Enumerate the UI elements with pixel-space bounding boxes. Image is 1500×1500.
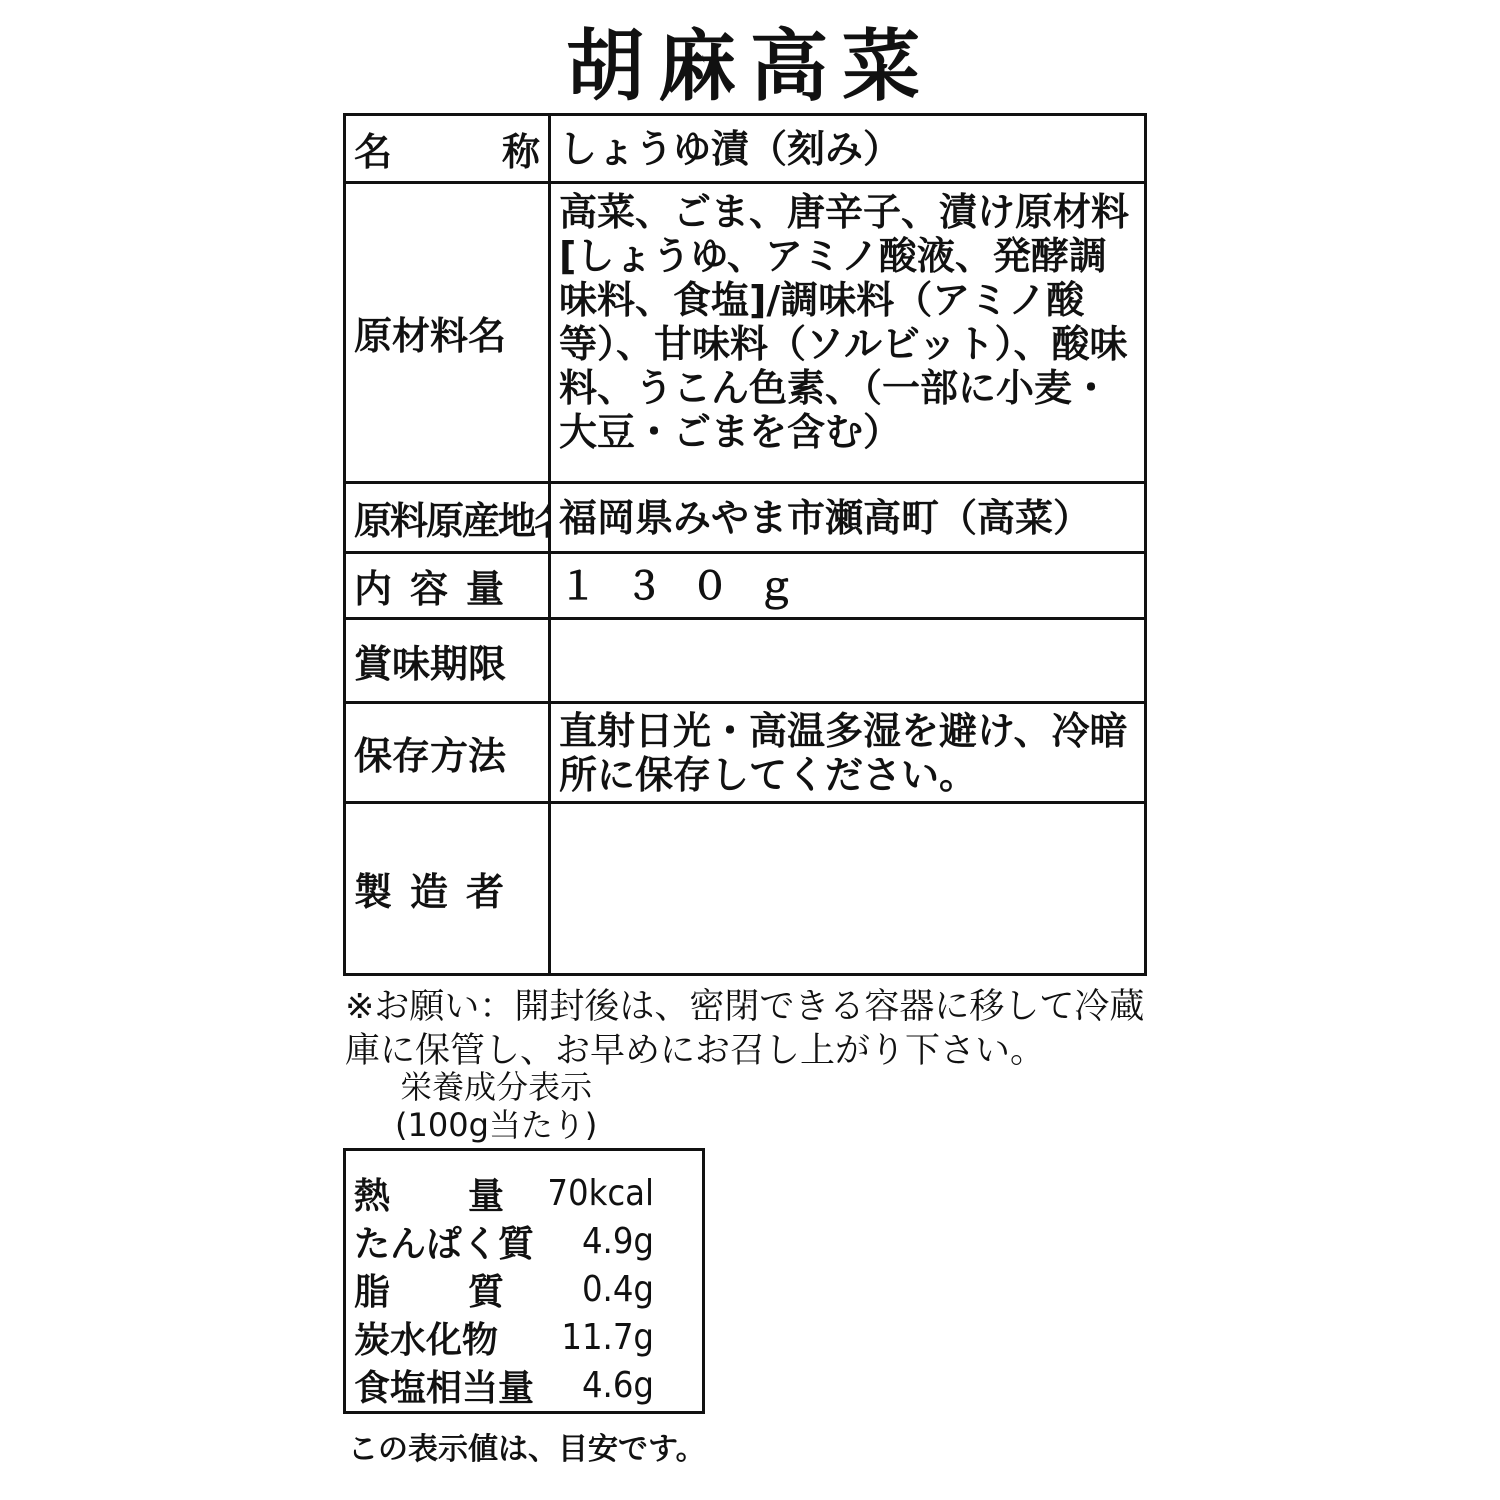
label-value: 直射日光・高温多湿を避け、冷暗所に保存してください。 (550, 703, 1146, 803)
nutrition-table: 熱量 70kcal たんぱく質 4.9g 脂質 0.4g 炭水化物 11.7g … (343, 1148, 705, 1414)
nutrition-caption: 栄養成分表示 (100g当たり) (395, 1068, 597, 1144)
nutrition-value: 0.4g (534, 1269, 694, 1310)
nutrition-footnote: この表示値は、目安です。 (348, 1424, 706, 1468)
nutrition-row-energy: 熱量 70kcal (354, 1169, 694, 1217)
label-key: 原料原産地名 (345, 483, 550, 553)
storage-request-note: ※お願い：開封後は、密閉できる容器に移して冷蔵庫に保管し、お早めにお召し上がり下… (345, 985, 1165, 1073)
nutrition-row-carbohydrate: 炭水化物 11.7g (354, 1313, 694, 1361)
label-row-best-before: 賞味期限 (345, 619, 1146, 703)
label-key: 製造者 (345, 803, 550, 975)
label-key: 原材料名 (345, 183, 550, 483)
label-row-ingredients: 原材料名 高菜、ごま、唐辛子、漬け原材料[しょうゆ、アミノ酸液、発酵調味料、食塩… (345, 183, 1146, 483)
label-key: 保存方法 (345, 703, 550, 803)
nutrition-value: 4.6g (534, 1365, 694, 1406)
label-key: 名称 (345, 115, 550, 183)
nutrition-row-protein: たんぱく質 4.9g (354, 1217, 694, 1265)
label-row-storage: 保存方法 直射日光・高温多湿を避け、冷暗所に保存してください。 (345, 703, 1146, 803)
label-value: 福岡県みやま市瀬高町（高菜） (550, 483, 1146, 553)
nutrition-caption-title: 栄養成分表示 (395, 1068, 597, 1106)
label-row-manufacturer: 製造者 (345, 803, 1146, 975)
nutrition-caption-basis: (100g当たり) (395, 1106, 597, 1144)
label-value: １３０ｇ (550, 553, 1146, 619)
food-label-table: 名称 しょうゆ漬（刻み） 原材料名 高菜、ごま、唐辛子、漬け原材料[しょうゆ、ア… (343, 113, 1147, 976)
nutrition-key: 食塩相当量 (354, 1360, 534, 1411)
product-title: 胡麻高菜 (0, 22, 1500, 112)
label-key: 内容量 (345, 553, 550, 619)
label-row-net-weight: 内容量 １３０ｇ (345, 553, 1146, 619)
nutrition-value: 70kcal (534, 1173, 694, 1214)
label-value (550, 619, 1146, 703)
label-key: 賞味期限 (345, 619, 550, 703)
nutrition-key: 脂質 (354, 1264, 504, 1315)
nutrition-value: 4.9g (534, 1221, 694, 1262)
label-row-origin: 原料原産地名 福岡県みやま市瀬高町（高菜） (345, 483, 1146, 553)
label-value (550, 803, 1146, 975)
nutrition-value: 11.7g (534, 1317, 694, 1358)
nutrition-key: たんぱく質 (354, 1216, 534, 1267)
nutrition-key: 炭水化物 (354, 1312, 534, 1363)
label-value: しょうゆ漬（刻み） (550, 115, 1146, 183)
nutrition-key: 熱量 (354, 1168, 504, 1219)
label-value: 高菜、ごま、唐辛子、漬け原材料[しょうゆ、アミノ酸液、発酵調味料、食塩]/調味料… (550, 183, 1146, 483)
nutrition-row-salt: 食塩相当量 4.6g (354, 1361, 694, 1409)
nutrition-row-fat: 脂質 0.4g (354, 1265, 694, 1313)
label-row-name: 名称 しょうゆ漬（刻み） (345, 115, 1146, 183)
